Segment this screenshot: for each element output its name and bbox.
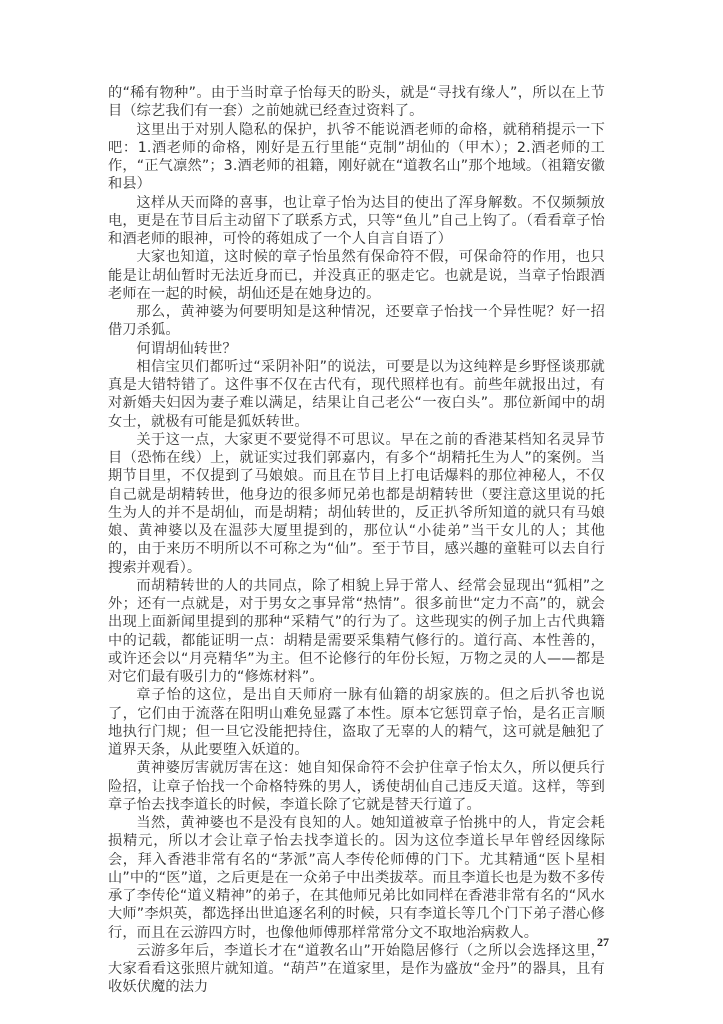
paragraph-2: 这里出于对别人隐私的保护，扒爷不能说酒老师的命格，就稍稍提示一下吧：1.酒老师的… xyxy=(108,121,605,194)
paragraph-10: 章子怡的这位，是出自天师府一脉有仙籍的胡家族的。但之后扒爷也说了，它们由于流落在… xyxy=(108,686,605,759)
paragraph-7: 相信宝贝们都听过“采阴补阳”的说法，可要是以为这纯粹是乡野怪谈那就真是大错特错了… xyxy=(108,358,605,431)
paragraph-6-question: 何谓胡仙转世？ xyxy=(108,340,605,358)
paragraph-1: 的“稀有物种”。由于当时章子怡每天的盼头，就是“寻找有缘人”，所以在上节目（综艺… xyxy=(108,84,605,121)
paragraph-13: 云游多年后，李道长才在“道教名山”开始隐居修行（之所以会选择这里，大家看看这张照… xyxy=(108,942,605,997)
paragraph-11: 黄神婆厉害就厉害在这：她自知保命符不会护住章子怡太久，所以便兵行险招，让章子怡找… xyxy=(108,759,605,814)
paragraph-5: 那么，黄神婆为何要明知是这种情况，还要章子怡找一个异性呢？好一招借刀杀狐。 xyxy=(108,303,605,340)
body-text: 的“稀有物种”。由于当时章子怡每天的盼头，就是“寻找有缘人”，所以在上节目（综艺… xyxy=(108,84,605,997)
document-page: 的“稀有物种”。由于当时章子怡每天的盼头，就是“寻找有缘人”，所以在上节目（综艺… xyxy=(0,0,723,1024)
page-number: 27 xyxy=(597,935,609,950)
paragraph-8: 关于这一点，大家更不要觉得不可思议。早在之前的香港某档知名灵异节目（恐怖在线）上… xyxy=(108,431,605,577)
paragraph-3: 这样从天而降的喜事，也让章子怡为达目的使出了浑身解数。不仅频频放电，更是在节目后… xyxy=(108,194,605,249)
paragraph-12: 当然，黄神婆也不是没有良知的人。她知道被章子怡挑中的人，肯定会耗损精元，所以才会… xyxy=(108,814,605,942)
paragraph-9: 而胡精转世的人的共同点，除了相貌上异于常人、经常会显现出“狐相”之外；还有一点就… xyxy=(108,577,605,687)
paragraph-4: 大家也知道，这时候的章子怡虽然有保命符不假，可保命符的作用，也只能是让胡仙暂时无… xyxy=(108,248,605,303)
